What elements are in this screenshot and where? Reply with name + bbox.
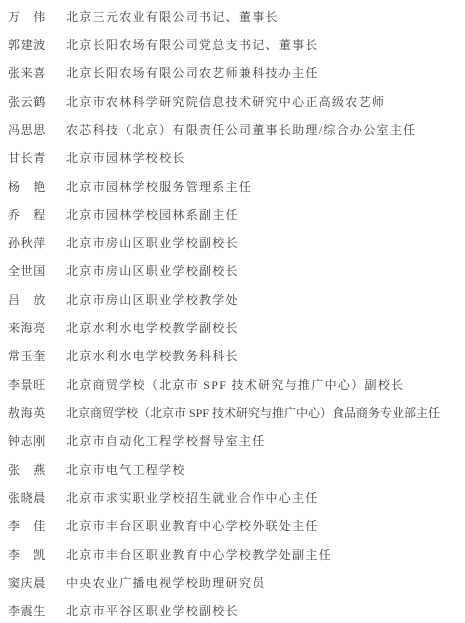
- list-item: 杨 艳 北京市园林学校服务管理系主任: [8, 172, 465, 200]
- list-item: 窦庆晨 中央农业广播电视学校助理研究员: [8, 568, 465, 596]
- person-name: 李 佳: [8, 517, 66, 534]
- person-name: 乔 程: [8, 206, 66, 223]
- person-title: 北京市平谷区职业学校副校长: [66, 602, 239, 619]
- person-name: 张晓晨: [8, 489, 66, 506]
- person-name: 李景旺: [8, 376, 66, 393]
- person-name: 甘长青: [8, 149, 66, 166]
- person-title: 北京市电气工程学校: [66, 461, 186, 478]
- list-item: 郭建波 北京长阳农场有限公司党总支书记、董事长: [8, 30, 465, 58]
- person-name: 冯思思: [8, 121, 66, 138]
- list-item: 乔 程 北京市园林学校园林系副主任: [8, 200, 465, 228]
- person-name: 万 伟: [8, 8, 66, 25]
- person-title: 北京市房山区职业学校副校长: [66, 234, 239, 251]
- person-name: 张来喜: [8, 64, 66, 81]
- person-title: 北京长阳农场有限公司党总支书记、董事长: [66, 36, 319, 53]
- list-item: 万 伟 北京三元农业有限公司书记、董事长: [8, 2, 465, 30]
- person-title: 北京水利水电学校教务科科长: [66, 347, 239, 364]
- person-title: 北京市房山区职业学校教学处: [66, 291, 239, 308]
- person-title: 北京市丰台区职业教育中心学校教学处副主任: [66, 546, 332, 563]
- list-item: 张云鹤 北京市农林科学研究院信息技术研究中心正高级农艺师: [8, 87, 465, 115]
- person-title: 北京长阳农场有限公司农艺师兼科技办主任: [66, 64, 319, 81]
- list-item: 敖海英 北京商贸学校（北京市 SPF 技术研究与推广中心）食品商务专业部主任: [8, 398, 465, 426]
- list-item: 李景旺 北京商贸学校（北京市 SPF 技术研究与推广中心）副校长: [8, 370, 465, 398]
- person-name: 杨 艳: [8, 178, 66, 195]
- list-item: 钟志刚 北京市自动化工程学校督导室主任: [8, 427, 465, 455]
- person-name: 敖海英: [8, 404, 66, 421]
- person-title: 北京商贸学校（北京市 SPF 技术研究与推广中心）副校长: [66, 376, 404, 393]
- person-title: 北京市自动化工程学校督导室主任: [66, 432, 266, 449]
- person-name: 孙秋萍: [8, 234, 66, 251]
- personnel-list: 万 伟 北京三元农业有限公司书记、董事长 郭建波 北京长阳农场有限公司党总支书记…: [8, 2, 465, 623]
- list-item: 张来喜 北京长阳农场有限公司农艺师兼科技办主任: [8, 59, 465, 87]
- person-title: 北京市求实职业学校招生就业合作中心主任: [66, 489, 319, 506]
- person-title: 北京市房山区职业学校副校长: [66, 262, 239, 279]
- person-title: 北京三元农业有限公司书记、董事长: [66, 8, 279, 25]
- person-title: 北京市园林学校服务管理系主任: [66, 178, 252, 195]
- list-item: 孙秋萍 北京市房山区职业学校副校长: [8, 229, 465, 257]
- person-name: 李震生: [8, 602, 66, 619]
- list-item: 常玉奎 北京水利水电学校教务科科长: [8, 342, 465, 370]
- person-name: 全世国: [8, 262, 66, 279]
- person-name: 张云鹤: [8, 93, 66, 110]
- person-name: 吕 放: [8, 291, 66, 308]
- person-name: 来海亮: [8, 319, 66, 336]
- person-title: 北京市园林学校园林系副主任: [66, 206, 239, 223]
- list-item: 吕 放 北京市房山区职业学校教学处: [8, 285, 465, 313]
- person-title: 北京水利水电学校教学副校长: [66, 319, 239, 336]
- person-name: 张 燕: [8, 461, 66, 478]
- list-item: 全世国 北京市房山区职业学校副校长: [8, 257, 465, 285]
- person-title: 北京市园林学校校长: [66, 149, 186, 166]
- list-item: 甘长青 北京市园林学校校长: [8, 144, 465, 172]
- person-name: 郭建波: [8, 36, 66, 53]
- person-name: 钟志刚: [8, 432, 66, 449]
- person-name: 窦庆晨: [8, 574, 66, 591]
- person-name: 李 凯: [8, 546, 66, 563]
- person-name: 常玉奎: [8, 347, 66, 364]
- person-title: 北京商贸学校（北京市 SPF 技术研究与推广中心）食品商务专业部主任: [66, 404, 440, 421]
- person-title: 中央农业广播电视学校助理研究员: [66, 574, 266, 591]
- list-item: 李 佳 北京市丰台区职业教育中心学校外联处主任: [8, 512, 465, 540]
- person-title: 北京市丰台区职业教育中心学校外联处主任: [66, 517, 319, 534]
- person-title: 农芯科技（北京）有限责任公司董事长助理/综合办公室主任: [66, 121, 416, 138]
- document-page: 万 伟 北京三元农业有限公司书记、董事长 郭建波 北京长阳农场有限公司党总支书记…: [0, 0, 465, 623]
- person-title: 北京市农林科学研究院信息技术研究中心正高级农艺师: [66, 93, 385, 110]
- list-item: 来海亮 北京水利水电学校教学副校长: [8, 313, 465, 341]
- list-item: 冯思思 农芯科技（北京）有限责任公司董事长助理/综合办公室主任: [8, 115, 465, 143]
- list-item: 张 燕 北京市电气工程学校: [8, 455, 465, 483]
- list-item: 李震生 北京市平谷区职业学校副校长: [8, 597, 465, 623]
- list-item: 张晓晨 北京市求实职业学校招生就业合作中心主任: [8, 483, 465, 511]
- list-item: 李 凯 北京市丰台区职业教育中心学校教学处副主任: [8, 540, 465, 568]
